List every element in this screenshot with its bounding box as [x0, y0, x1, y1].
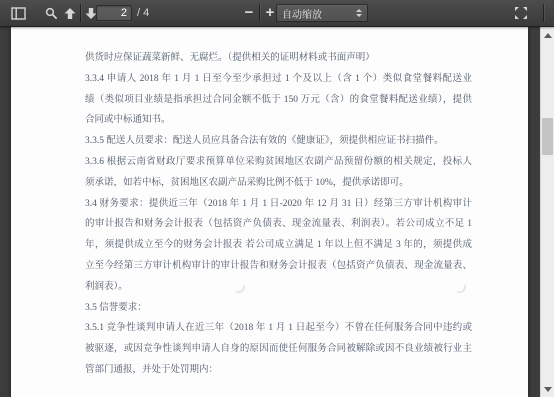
previous-page-button[interactable]: [64, 8, 76, 19]
doc-line: 供货时应保证蔬菜新鲜、无腐烂。（提供相关的证明材料或书面声明）: [85, 48, 472, 69]
previous-page-arrow-up-icon: [64, 8, 76, 19]
search-icon: [45, 7, 58, 20]
sidebar-toggle-button[interactable]: [11, 7, 26, 20]
pdf-page: 供货时应保证蔬菜新鲜、无腐烂。（提供相关的证明材料或书面声明） 3.3.4 申请…: [11, 27, 528, 397]
doc-line: 3.3.5 配送人员要求：配送人员应具备合法有效的《健康证》，须提供相应证书扫描…: [85, 131, 472, 152]
zoom-in-button[interactable]: +: [266, 0, 275, 26]
page-number-input[interactable]: [96, 5, 132, 21]
toolbar-separator: [80, 4, 81, 22]
page-count-label: / 4: [137, 0, 149, 26]
presentation-mode-button[interactable]: [514, 6, 528, 20]
doc-line: 立至今经第三方审计机构审计的审计报告和财务会计报表（包括资产负债表、现金流量表、: [85, 256, 472, 277]
doc-line: 3.3.4 申请人 2018 年 1 月 1 日至今至少承担过 1 个及以上（含…: [85, 69, 472, 90]
zoom-level-select[interactable]: 自动缩放: [276, 4, 368, 22]
doc-line: 3.4 财务要求：提供近三年（2018 年 1 月 1 日-2020 年 12 …: [85, 194, 472, 215]
sidebar-toggle-icon: [11, 7, 26, 20]
zoom-level-label: 自动缩放: [282, 6, 352, 21]
scroll-down-arrow-icon[interactable]: [541, 383, 554, 395]
pdf-viewer-toolbar: / 4 − + 自动缩放: [0, 0, 554, 27]
doc-line: 3.5 信誉要求：: [85, 298, 472, 319]
doc-line: 3.5.1 竞争性谈判申请人在近三年（2018 年 1 月 1 日起至今）不曾在…: [85, 318, 472, 339]
document-text-block: 供货时应保证蔬菜新鲜、无腐烂。（提供相关的证明材料或书面声明） 3.3.4 申请…: [85, 48, 472, 381]
scrollbar-thumb[interactable]: [542, 118, 553, 155]
toolbar-separator: [543, 4, 544, 22]
toolbar-separator: [259, 4, 260, 22]
scroll-up-arrow-icon[interactable]: [541, 29, 554, 41]
doc-line: 的审计报告和财务会计报表（包括资产负债表、现金流量表、利润表）。若公司成立不足 …: [85, 214, 472, 235]
search-button[interactable]: [45, 7, 58, 20]
dropdown-updown-icon: [356, 9, 362, 17]
pdf-viewer-area: 供货时应保证蔬菜新鲜、无腐烂。（提供相关的证明材料或书面声明） 3.3.4 申请…: [0, 27, 554, 397]
vertical-scrollbar[interactable]: [540, 27, 554, 397]
doc-line: 合同或中标通知书。: [85, 110, 472, 131]
doc-line: 被驱逐，或因竞争性谈判申请人自身的原因而使任何服务合同被解除或因不良业绩被行业主: [85, 339, 472, 360]
presentation-fullscreen-icon: [514, 6, 528, 20]
doc-line: 3.3.6 根据云南省财政厅要求预算单位采购贫困地区农副产品预留份额的相关规定，…: [85, 152, 472, 173]
doc-line: 年，须提供成立至今的财务会计报表 若公司成立满足 1 年以上但不满足 3 年的，…: [85, 235, 472, 256]
doc-line: 管部门通报，并处于处罚期内：: [85, 360, 472, 381]
doc-line: 利润表）。: [85, 277, 472, 298]
doc-line: 须承诺，如若中标，贫困地区农副产品采购比例不低于 10%，提供承诺即可。: [85, 173, 472, 194]
doc-line: 绩（类似项目业绩是指承担过合同金额不低于 150 万元（含）的食堂餐料配送业绩）…: [85, 90, 472, 111]
zoom-out-button[interactable]: −: [245, 0, 254, 26]
